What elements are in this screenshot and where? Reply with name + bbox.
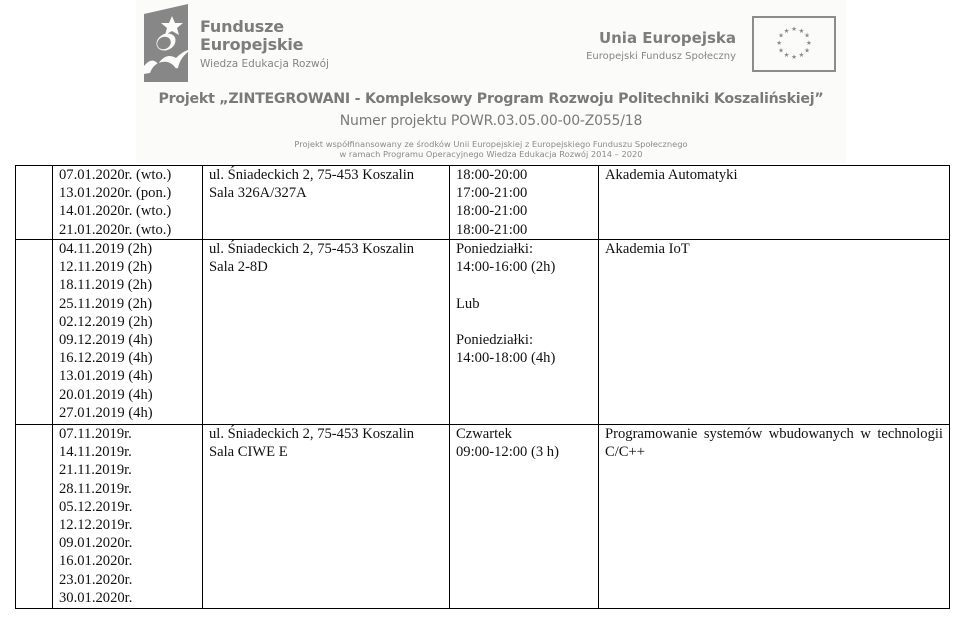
dates-line: 16.01.2020r. — [59, 552, 202, 570]
course-cell: Akademia IoT — [599, 240, 950, 425]
svg-text:★: ★ — [799, 51, 805, 59]
dates-line: 14.01.2020r. (wto.) — [59, 202, 202, 220]
dates-line: 16.12.2019 (4h) — [59, 349, 202, 367]
cofinancing-line2: w ramach Programu Operacyjnego Wiedza Ed… — [136, 149, 846, 159]
svg-text:★: ★ — [784, 51, 790, 59]
hours-line: 14:00-16:00 (2h) — [456, 258, 598, 276]
dates-line: 27.01.2019 (4h) — [59, 404, 202, 422]
location-line: ul. Śniadeckich 2, 75-453 Koszalin — [209, 166, 449, 184]
location-cell: ul. Śniadeckich 2, 75-453 KoszalinSala 3… — [203, 166, 450, 240]
hours-line: 18:00-21:00 — [456, 202, 598, 220]
fundusze-europejskie-logo: Fundusze Europejskie Wiedza Edukacja Roz… — [200, 18, 329, 72]
svg-text:★: ★ — [784, 27, 790, 35]
dates-line: 25.11.2019 (2h) — [59, 295, 202, 313]
location-line: ul. Śniadeckich 2, 75-453 Koszalin — [209, 425, 449, 443]
dates-line: 21.01.2020r. (wto.) — [59, 221, 202, 239]
dates-line: 20.01.2019 (4h) — [59, 386, 202, 404]
dates-line: 05.12.2019r. — [59, 498, 202, 516]
hours-cell: Czwartek09:00-12:00 (3 h) — [450, 425, 599, 609]
hours-line: Czwartek — [456, 425, 598, 443]
dates-line: 14.11.2019r. — [59, 443, 202, 461]
dates-line: 09.01.2020r. — [59, 534, 202, 552]
ue-logo-line1: Unia Europejska — [586, 28, 736, 48]
fe-logo-tagline: Wiedza Edukacja Rozwój — [200, 56, 329, 72]
dates-line: 09.12.2019 (4h) — [59, 331, 202, 349]
course-name: Programowanie systemów wbudowanych w tec… — [605, 426, 943, 460]
table-row: 07.11.2019r.14.11.2019r.21.11.2019r.28.1… — [16, 425, 950, 609]
hours-cell: 18:00-20:0017:00-21:0018:00-21:0018:00-2… — [450, 166, 599, 240]
project-number: Numer projektu POWR.03.05.00-00-Z055/18 — [136, 113, 846, 129]
hours-line: 18:00-20:00 — [456, 166, 598, 184]
fundusze-europejskie-logo-icon — [142, 2, 190, 86]
dates-line: 21.11.2019r. — [59, 461, 202, 479]
project-title: Projekt „ZINTEGROWANI - Kompleksowy Prog… — [136, 91, 846, 107]
dates-line: 07.01.2020r. (wto.) — [59, 166, 202, 184]
dates-line: 28.11.2019r. — [59, 480, 202, 498]
dates-line: 04.11.2019 (2h) — [59, 240, 202, 258]
dates-line: 07.11.2019r. — [59, 425, 202, 443]
fe-logo-line1: Fundusze — [200, 18, 329, 36]
hours-line: 18:00-21:00 — [456, 221, 598, 239]
location-line: Sala 326A/327A — [209, 184, 449, 202]
hours-line — [456, 276, 598, 294]
course-cell: Programowanie systemów wbudowanych w tec… — [599, 425, 950, 609]
location-line: Sala 2-8D — [209, 258, 449, 276]
hours-line: Poniedziałki: — [456, 240, 598, 258]
location-line: Sala CIWE E — [209, 443, 449, 461]
dates-line: 12.12.2019r. — [59, 516, 202, 534]
dates-line: 02.12.2019 (2h) — [59, 313, 202, 331]
unia-europejska-logo: Unia Europejska Europejski Fundusz Społe… — [586, 28, 736, 64]
eu-flag-icon: ★ ★ ★ ★ ★ ★ ★ ★ ★ ★ ★ ★ — [752, 16, 836, 72]
index-cell — [16, 425, 53, 609]
location-cell: ul. Śniadeckich 2, 75-453 KoszalinSala 2… — [203, 240, 450, 425]
index-cell — [16, 240, 53, 425]
cofinancing-line1: Projekt współfinansowany ze środków Unii… — [136, 139, 846, 149]
dates-line: 23.01.2020r. — [59, 571, 202, 589]
course-cell: Akademia Automatyki — [599, 166, 950, 240]
fe-logo-line2: Europejskie — [200, 36, 329, 54]
svg-text:★: ★ — [791, 53, 797, 61]
hours-line: 09:00-12:00 (3 h) — [456, 443, 598, 461]
svg-text:★: ★ — [804, 46, 810, 54]
dates-line: 30.01.2020r. — [59, 589, 202, 607]
dates-line: 12.11.2019 (2h) — [59, 258, 202, 276]
dates-cell: 07.01.2020r. (wto.)13.01.2020r. (pon.)14… — [53, 166, 203, 240]
hours-line: 17:00-21:00 — [456, 184, 598, 202]
svg-text:★: ★ — [778, 46, 784, 54]
dates-line: 13.01.2020r. (pon.) — [59, 184, 202, 202]
dates-cell: 07.11.2019r.14.11.2019r.21.11.2019r.28.1… — [53, 425, 203, 609]
hours-line: Lub — [456, 295, 598, 313]
schedule-table: 07.01.2020r. (wto.)13.01.2020r. (pon.)14… — [15, 165, 950, 609]
svg-text:★: ★ — [791, 25, 797, 33]
course-name: Akademia Automatyki — [605, 167, 738, 183]
hours-line — [456, 313, 598, 331]
svg-text:★: ★ — [776, 39, 782, 47]
hours-cell: Poniedziałki:14:00-16:00 (2h)LubPoniedzi… — [450, 240, 599, 425]
location-cell: ul. Śniadeckich 2, 75-453 KoszalinSala C… — [203, 425, 450, 609]
dates-cell: 04.11.2019 (2h)12.11.2019 (2h)18.11.2019… — [53, 240, 203, 425]
ue-logo-line2: Europejski Fundusz Społeczny — [586, 50, 736, 64]
hours-line: Poniedziałki: — [456, 331, 598, 349]
hours-line: 14:00-18:00 (4h) — [456, 349, 598, 367]
dates-line: 18.11.2019 (2h) — [59, 276, 202, 294]
table-row: 07.01.2020r. (wto.)13.01.2020r. (pon.)14… — [16, 166, 950, 240]
table-row: 04.11.2019 (2h)12.11.2019 (2h)18.11.2019… — [16, 240, 950, 425]
dates-line: 13.01.2019 (4h) — [59, 367, 202, 385]
location-line: ul. Śniadeckich 2, 75-453 Koszalin — [209, 240, 449, 258]
cofinancing-note: Projekt współfinansowany ze środków Unii… — [136, 139, 846, 159]
index-cell — [16, 166, 53, 240]
course-name: Akademia IoT — [605, 241, 690, 257]
